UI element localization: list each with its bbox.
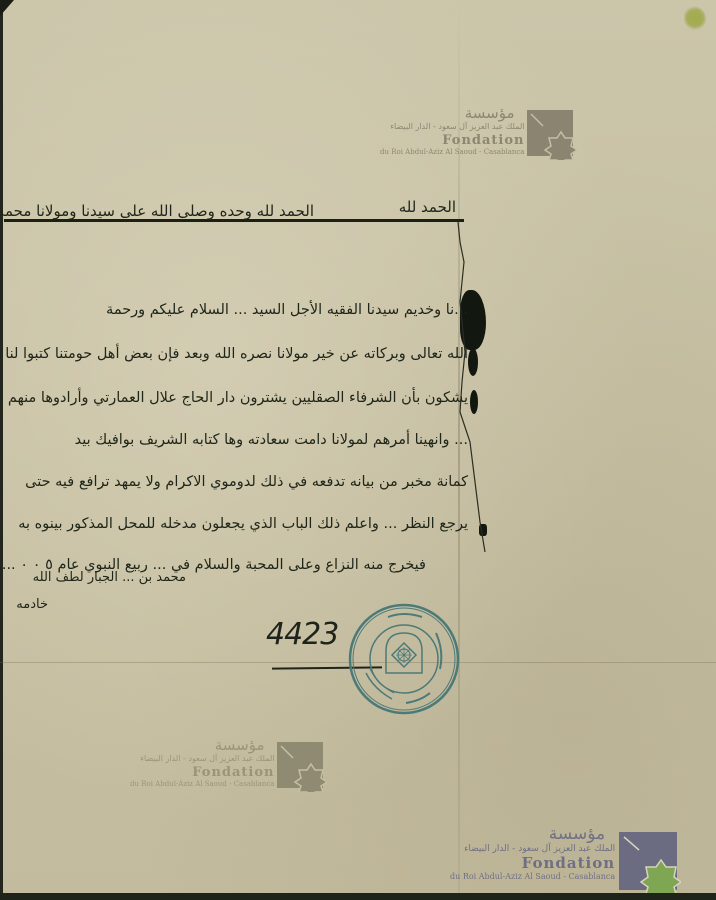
body-line: يشكون بأن الشرفاء الصقليين يشترون دار ال… [8,390,468,406]
body-line: الله تعالى وبركاته عن خير مولانا نصره ال… [5,346,468,362]
watermark-french-subtitle: du Roi Abdul-Aziz Al Saoud - Casablanca [130,781,274,788]
scan-edge-bottom [0,893,716,900]
scan-edge-left [0,0,3,900]
watermark-bottom: مؤسسة الملك عبد العزيز آل سعود - الدار ا… [450,826,681,894]
scan-corner [0,0,14,16]
watermark-arabic-title: مؤسسة [450,826,615,843]
watermark-arabic-title: مؤسسة [130,738,274,753]
green-stain [684,6,706,30]
watermark-arabic-subtitle: الملك عبد العزيز آل سعود - الدار البيضاء [450,845,615,854]
watermark-middle: مؤسسة الملك عبد العزيز آل سعود - الدار ا… [130,738,327,792]
watermark-top: مؤسسة الملك عبد العزيز آل سعود - الدار ا… [380,106,577,160]
signature-line: خادمه [16,597,48,612]
foundation-logo-icon [277,742,327,792]
signature-line: محمد بن ... الجبار لطف الله [33,570,186,585]
watermark-french-subtitle: du Roi Abdul-Aziz Al Saoud - Casablanca [450,873,615,881]
body-line: ... وانهينا أمرهم لمولانا دامت سعادته وه… [75,432,468,448]
foundation-logo-icon [527,110,577,160]
header-right-fragment: الحمد لله [399,198,456,216]
official-seal [346,603,462,715]
watermark-french-title: Fondation [450,856,615,871]
watermark-french-title: Fondation [130,766,274,779]
watermark-arabic-title: مؤسسة [380,106,524,121]
watermark-arabic-subtitle: الملك عبد العزيز آل سعود - الدار البيضاء [380,123,524,131]
header-line: الحمد لله وحده وصلى الله على سيدنا ومولا… [4,206,464,228]
watermark-french-title: Fondation [380,134,524,147]
body-line: ...نا وخديم سيدنا الفقيه الأجل السيد ...… [106,302,468,318]
watermark-arabic-subtitle: الملك عبد العزيز آل سعود - الدار البيضاء [130,755,274,763]
reference-number: 4423 [266,617,338,652]
body-line: يرجع النظر ... واعلم ذلك الباب الذي يجعل… [18,516,468,532]
paper-tear-edge [440,222,520,552]
body-line: كمانة مخبر من بيانه تدفعه في ذلك لدوموي … [25,474,468,490]
foundation-logo-icon [619,832,681,894]
header-text: الحمد لله وحده وصلى الله على سيدنا ومولا… [0,202,314,220]
manuscript-page [0,0,716,900]
watermark-french-subtitle: du Roi Abdul-Aziz Al Saoud - Casablanca [380,149,524,156]
seal-icon [346,603,462,715]
